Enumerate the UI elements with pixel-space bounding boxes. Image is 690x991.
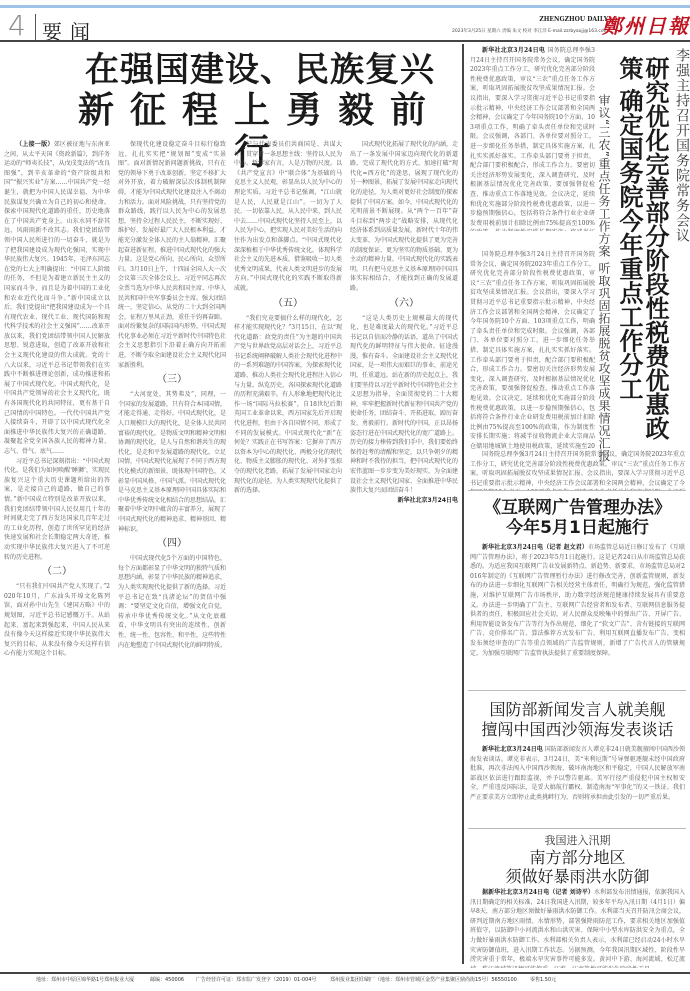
footer-rule xyxy=(0,972,690,974)
header-divider xyxy=(35,14,36,42)
newspaper-logo: 鄭州日報 xyxy=(602,10,690,39)
article-signoff: 新华社北京3月24日电 xyxy=(350,496,458,506)
article-column-1: （上接一版）郊区被征地与东南亚之间，从太平天国《资政新篇》，到洋务运动的“师夷长… xyxy=(4,140,110,970)
story4-kicker: 我国进入汛期 xyxy=(470,832,685,848)
section-marker: （二） xyxy=(4,564,110,580)
story1-body-mid: 国务院总理李强3月24日主持召开国务院常务会议，确定国务院2023年重点工作分工… xyxy=(470,250,595,450)
story1-title: 研究优化完善部分阶段性税费优惠政策 确定国务院今年重点工作分工 xyxy=(614,56,668,456)
article-text: “只有我们中国共产党人实现了。”2020年10月，广东汕头开埠文化陈列馆，面对孙… xyxy=(4,582,110,659)
story3-headline: 国防部新闻发言人就美舰 擅闯中国西沙领海发表谈话 xyxy=(470,700,685,740)
article-column-2: 保现代化建设稳定奋斗目标行稳致远，扎扎实实把“规划图”变成“实景图”。面对新情况… xyxy=(118,140,226,970)
article-text: 中国式现代化5个方面的中国特色，每个方面都彰显了中华文明的独特气质和思想内涵，彰… xyxy=(118,554,226,650)
section-marker: （五） xyxy=(234,296,342,312)
footer-printer: 郑州报业集团印刷厂（地址：郑州市管城区金岱产业集聚区鼎尚街15号）5655010… xyxy=(330,976,517,983)
article-text: 郊区被征地与东南亚之间，从太平天国《资政新篇》，到洋务运动的“师夷长技”，从戊戌… xyxy=(4,141,110,455)
story3-text: 国防部新闻发言人谭克非24日就美舰擅闯中国西沙领海发表谈话。谭克非表示，3月24… xyxy=(470,746,685,801)
article-text: “大河宽处，其势弗及”，同理，一个国家的发展道路，只有符合本国国情，才能走得通、… xyxy=(118,390,226,534)
story1-kicker: 李强主持召开国务院常务会议 xyxy=(672,48,690,348)
story3-dateline: 新华社北京3月24日电 xyxy=(482,746,543,753)
article-column-3: 记与代表委员们共商国是、共谋大计，贯穿着一条思想主线：坚持以人民为中心。哲学家有… xyxy=(234,140,342,970)
footer-postcode: 邮编：450006 xyxy=(150,976,184,983)
footer-price: 零售1.50元 xyxy=(530,976,556,983)
headline-line-1: 在强国建设、民族复兴 xyxy=(60,50,460,90)
story1-text-cont: 国务院总理李强3月24日主持召开国务院常务会议，确定国务院2023年重点工作分工… xyxy=(470,450,685,490)
story1-text: 国务院总理李强3月24日主持召开国务院常务会议，确定国务院2023年重点工作分工… xyxy=(470,47,595,231)
page-header: 4 要闻 ZHENGZHOU DAILY 2023年3月25日 星期六 责编 朱… xyxy=(0,8,690,38)
story-divider xyxy=(468,490,686,491)
story2-headline: 《互联网广告管理办法》 今年5月1日起施行 xyxy=(470,498,685,538)
story4-title-line-2: 须做好暴雨洪水防御 xyxy=(470,867,685,886)
footer-ad-license: 广告经营许可证：郑市监广发登字（2019）01-004号 xyxy=(196,976,316,983)
story1-title-line-1: 确定国务院今年重点工作分工 xyxy=(615,88,643,400)
article-text: “我们究竟要搞什么样的现代化，怎样才能实现现代化？”3月15日，在以“现代化道路… xyxy=(234,314,342,496)
article-text: “这是人类历史上规模最大的现代化，也是难度最大的现代化。”习近平总书记以自信而冷… xyxy=(350,314,458,496)
story1-body-bottom: 国务院总理李强3月24日主持召开国务院常务会议，确定国务院2023年重点工作分工… xyxy=(470,450,685,490)
story3-title-line-2: 擅闯中国西沙领海发表谈话 xyxy=(470,720,685,740)
story4-headline: 南方部分地区 须做好暴雨洪水防御 xyxy=(470,848,685,886)
page-number: 4 xyxy=(8,12,26,40)
section-marker: （四） xyxy=(118,536,226,552)
article-column-4: 国式现代化拓展了现代化的内涵，走出了一条发展中国家迈向现代化的新道路，完成了现代… xyxy=(350,140,458,965)
story1-dateline: 新华社北京3月24日电 xyxy=(482,47,545,54)
section-marker: （六） xyxy=(350,296,458,312)
article-text: 保现代化建设稳定奋斗目标行稳致远，扎扎实实把“规划图”变成“实景图”。面对新情况… xyxy=(118,140,226,370)
story2-body: 新华社北京3月24日电（记者 赵文君）市场监管总局近日修订发布了《互联网广告管理… xyxy=(470,543,685,683)
article-text: 国式现代化拓展了现代化的内涵，走出了一条发展中国家迈向现代化的新道路，完成了现代… xyxy=(350,140,458,294)
article-text: 习近平总书记深刻指出：“中国式现代化，是我们为如何唤醒‘睡狮’，实现民族复兴这个… xyxy=(4,457,110,563)
footer-address: 地址：郑州市中原区锦华路1号郑州报业大厦 xyxy=(36,976,134,983)
article-text: 记与代表委员们共商国是、共谋大计，贯穿着一条思想主线：坚持以人民为中心。哲学家有… xyxy=(234,140,342,294)
story3-body: 新华社北京3月24日电 国防部新闻发言人谭克非24日就美舰擅闯中国西沙领海发表谈… xyxy=(470,745,685,825)
paper-name-en: ZHENGZHOU DAILY xyxy=(539,16,608,23)
story3-title-line-1: 国防部新闻发言人就美舰 xyxy=(470,700,685,720)
story1-body-top: 新华社北京3月24日电 国务院总理李强3月24日主持召开国务院常务会议，确定国务… xyxy=(470,46,595,231)
edition-meta: 2023年3月25日 星期六 责编 朱文 校对 李江洋 E-mail:zzrby… xyxy=(452,28,608,34)
story4-title-line-1: 南方部分地区 xyxy=(470,848,685,867)
header-rule xyxy=(0,40,690,42)
story2-dateline: 新华社北京3月24日电（记者 赵文君） xyxy=(482,544,588,551)
article-lead: （上接一版） xyxy=(16,141,54,148)
story2-title-line-1: 《互联网广告管理办法》 xyxy=(470,498,685,518)
story1-text-cont: 国务院总理李强3月24日主持召开国务院常务会议，确定国务院2023年重点工作分工… xyxy=(470,250,595,450)
story2-title-line-2: 今年5月1日起施行 xyxy=(470,518,685,538)
column-separator xyxy=(462,44,464,964)
story-divider xyxy=(468,828,686,829)
story4-body: 据新华社北京3月24日电（记者 刘诗平）水利部发布汛情通报，依据我国入汛日期确定… xyxy=(470,888,685,968)
story2-text: 市场监管总局近日修订发布了《互联网广告管理办法》，将于2023年5月1日起施行。… xyxy=(470,544,685,657)
story-divider xyxy=(468,690,686,691)
story4-dateline: 据新华社北京3月24日电（记者 刘诗平） xyxy=(482,889,594,896)
story1-subtitle: 审议“三农”重点任务工作方案 听取巩固拓展脱贫攻坚成果情况汇报 xyxy=(596,94,613,394)
section-marker: （三） xyxy=(118,372,226,388)
story4-text: 水利部发布汛情通报，依据我国入汛日期确定的相关标准，24日我国进入汛期，较多年平… xyxy=(470,889,685,968)
